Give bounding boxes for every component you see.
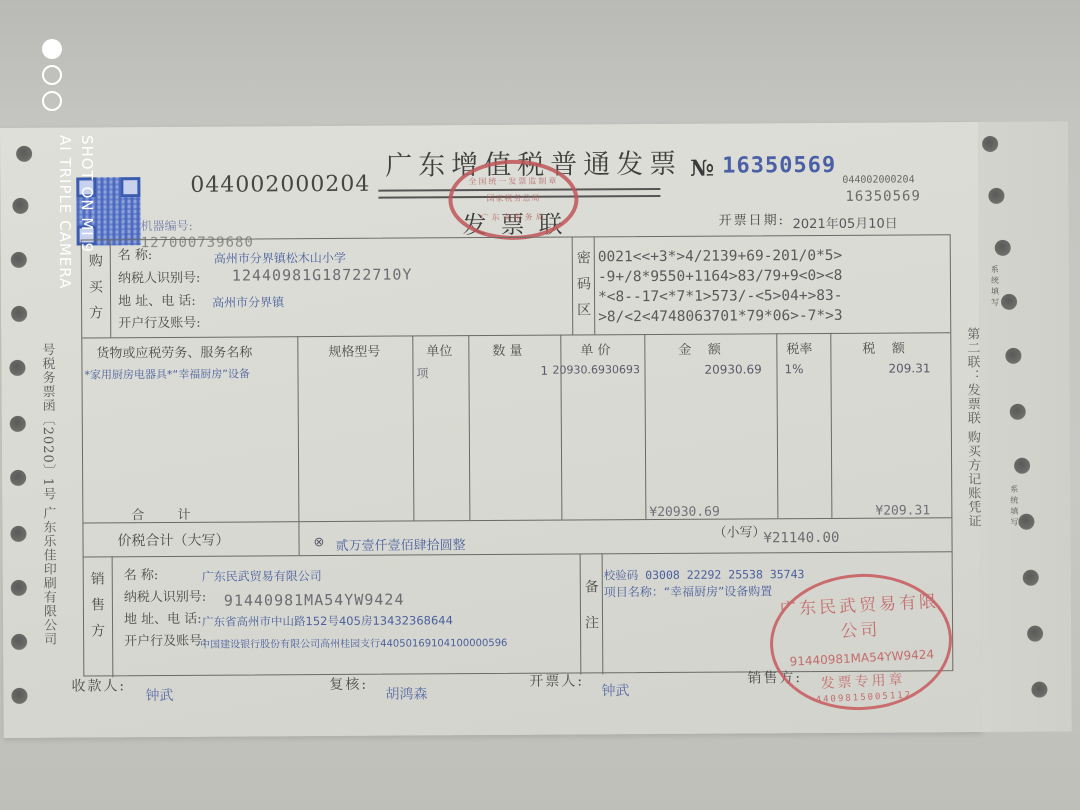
copy-note: 第二联：发票联 购买方记账凭证 [963,327,980,528]
stamp-line: 国家税务总局 [452,192,574,204]
stamp-tax-id: 91440981MA54YW9424 [774,646,950,669]
invoice-code-printed: 044002000204 [842,174,914,185]
feed-hole-icon [10,470,26,486]
seller-address-label: 地 址、电 话: [124,608,202,627]
cipher-line: 0021<<+3*>4/2139+69-201/0*5> [598,246,843,267]
item-name: *家用厨房电器具*“幸福厨房”设备 [84,365,250,382]
drawer-name: 钟武 [601,680,629,700]
item-unit-price: 20930.6930693 [552,363,640,377]
seller-bank-label: 开户行及账号: [124,630,207,650]
camera-logo-icon [38,35,68,117]
buyer-address: 高州市分界镇 [212,293,284,310]
buyer-bank-label: 开户行及账号: [118,312,201,332]
buyer-tax-id-label: 纳税人识别号: [118,267,201,287]
invoice-number-printed: 16350569 [845,188,921,204]
reviewer-name: 胡鸿森 [385,683,427,703]
qr-finder-icon [76,177,96,197]
issue-date: 2021年05月10日 [793,213,898,233]
feed-hole-icon [11,306,27,322]
number-symbol: № [690,156,714,182]
total-amount: ¥20930.69 [649,505,720,520]
feed-hole-icon [9,360,25,376]
strip-note: 系统填写 [1010,484,1018,528]
feed-hole-icon [1010,404,1026,420]
item-tax: 209.31 [888,361,930,375]
feed-hole-icon [982,136,998,152]
grand-total-label: 价税合计（大写） [117,530,229,551]
buyer-section-label: 购买方 [88,248,104,326]
feed-hole-icon [988,188,1004,204]
feed-hole-icon [11,252,27,268]
grand-total-uppercase: 贰万壹仟壹佰肆拾圆整 [335,534,465,554]
tax-authority-stamp: 全国统一发票监制章 国家税务总局 广东省税务局 [448,159,578,240]
cipher-line: -9+/8*9550+1164>83/79+9<0><8 [598,266,843,287]
col-header-unit: 单位 [426,340,452,359]
seller-name: 广东民武贸易有限公司 [202,567,322,585]
cipher-line: *<8--17<*7*1>573/-<5>04+>83- [598,286,843,307]
qr-code [76,177,140,245]
seller-name-label: 名 称: [124,564,159,583]
total-label: 合 计 [131,504,190,523]
stamp-company: 广东民武贸易有限公司 [770,586,948,645]
qr-finder-icon [120,177,140,197]
drawer-label: 开票人: [529,670,584,690]
payee-name: 钟武 [145,685,173,705]
seller-bank: 中国建设银行股份有限公司高州桂园支行44050169104100000596 [200,634,507,651]
cipher-line: >8/<2<4748063701*79*06>-7*>3 [598,306,843,327]
item-quantity: 1 [540,364,548,378]
col-header-quantity: 数 量 [492,340,522,359]
printer-note: 号税务票函〔2020〕1号 广东乐佳印刷有限公司 [37,343,58,647]
grand-total-lowercase: ¥21140.00 [763,530,839,546]
item-tax-rate: 1% [784,362,803,376]
stamp-line: 全国统一发票监制章 [452,175,574,187]
tractor-feed-strip [978,121,1072,732]
seller-tax-id: 91440981MA54YW9424 [224,591,405,610]
buyer-address-label: 地 址、电 话: [118,290,196,309]
seller-tax-id-label: 纳税人识别号: [124,586,207,606]
feed-hole-icon [11,688,27,704]
item-amount: 20930.69 [704,362,761,376]
cipher-area: 0021<<+3*>4/2139+69-201/0*5>-9+/8*9550+1… [598,246,843,327]
feed-hole-icon [1001,294,1017,310]
feed-hole-icon [1027,626,1043,642]
col-header-tax: 税 额 [862,337,905,356]
feed-hole-icon [11,580,27,596]
feed-hole-icon [1005,348,1021,364]
stamp-line: 广东省税务局 [453,211,575,223]
feed-hole-icon [1014,458,1030,474]
invoice-code: 044002000204 [190,172,370,198]
reviewer-label: 复核: [329,674,368,694]
feed-hole-icon [995,240,1011,256]
seller-address: 广东省高州市中山路152号405房13432368644 [202,612,453,630]
total-tax: ¥209.31 [875,503,930,518]
payee-label: 收款人: [71,675,126,695]
feed-hole-icon [16,146,32,162]
feed-hole-icon [10,526,26,542]
remarks-section-label: 备注 [584,569,600,641]
seller-section-label: 销售方 [90,566,106,644]
col-header-amount: 金 额 [678,339,721,358]
project-name: 项目名称：“幸福厨房”设备购置 [604,582,773,600]
col-header-unit-price: 单 价 [580,339,610,358]
feed-hole-icon [1023,570,1039,586]
feed-hole-icon [1031,682,1047,698]
col-header-name: 货物或应税劳务、服务名称 [96,341,252,361]
col-header-spec: 规格型号 [328,341,380,360]
cross-circle-icon: ⊗ [313,535,324,550]
col-header-tax-rate: 税率 [786,338,812,357]
issue-date-label: 开票日期: [719,209,786,228]
feed-hole-icon [1018,514,1034,530]
item-unit: 项 [416,364,428,381]
buyer-name: 高州市分界镇松木山小学 [214,249,346,267]
buyer-name-label: 名 称: [118,244,153,263]
check-code: 校验码 03008 22292 25538 35743 [604,566,805,583]
machine-number-label: 机器编号: [141,217,193,234]
feed-hole-icon [11,634,27,650]
buyer-tax-id: 12440981G18722710Y [232,265,413,284]
cipher-section-label: 密码区 [576,245,592,323]
invoice-number: 16350569 [722,153,836,179]
feed-hole-icon [12,198,28,214]
grand-total-lowercase-label: （小写） [713,521,765,540]
feed-hole-icon [10,416,26,432]
strip-note: 系统填写 [991,264,999,308]
